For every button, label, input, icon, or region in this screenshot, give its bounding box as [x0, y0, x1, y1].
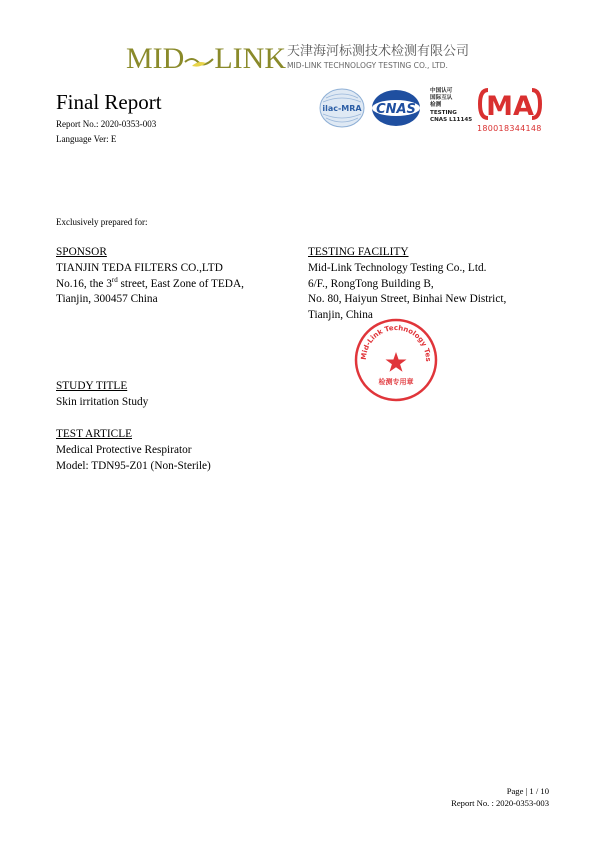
testing-facility-address-line2: No. 80, Haiyun Street, Binhai New Distri…	[308, 292, 506, 308]
page-title: Final Report	[56, 90, 162, 114]
ilac-mra-icon: ilac-MRA	[318, 88, 366, 128]
language-version: Language Ver: E	[56, 134, 116, 145]
logo-brand-left: MID	[126, 42, 184, 75]
svg-text:ilac-MRA: ilac-MRA	[322, 104, 362, 113]
test-article-section: TEST ARTICLE Medical Protective Respirat…	[56, 427, 211, 474]
cnas-icon: CNAS	[370, 88, 422, 128]
sponsor-address-line1: No.16, the 3rd street, East Zone of TEDA…	[56, 277, 244, 293]
address-text: No.16, the 3	[56, 278, 112, 290]
study-section: STUDY TITLE Skin irritation Study	[56, 379, 148, 411]
svg-text:MA: MA	[486, 91, 534, 122]
sponsor-address-line2: Tianjin, 300457 China	[56, 292, 244, 308]
testing-facility-address-line1: 6/F., RongTong Building B,	[308, 277, 506, 293]
testing-facility-name: Mid-Link Technology Testing Co., Ltd.	[308, 261, 506, 277]
company-seal-icon: Mid-Link Technology Testing Co.,Ltd. 检测专…	[354, 318, 438, 402]
address-text: street, East Zone of TEDA,	[118, 278, 244, 290]
company-logo: MIDLINK	[126, 44, 286, 74]
page-number: Page | 1 / 10	[507, 786, 549, 797]
company-name-english: MID-LINK TECHNOLOGY TESTING CO., LTD.	[287, 61, 448, 70]
sponsor-section: SPONSOR TIANJIN TEDA FILTERS CO.,LTD No.…	[56, 245, 244, 308]
sponsor-name: TIANJIN TEDA FILTERS CO.,LTD	[56, 261, 244, 277]
testing-facility-section: TESTING FACILITY Mid-Link Technology Tes…	[308, 245, 506, 324]
svg-text:CNAS: CNAS	[376, 102, 416, 117]
test-article-line2: Model: TDN95-Z01 (Non-Sterile)	[56, 459, 211, 475]
cnas-line: TESTING	[430, 110, 472, 117]
report-number: Report No.: 2020-0353-003	[56, 119, 156, 130]
cnas-line: 检测	[430, 102, 472, 109]
sponsor-heading: SPONSOR	[56, 245, 244, 261]
footer-report-number: Report No. : 2020-0353-003	[451, 798, 549, 809]
cnas-line: CNAS L11145	[430, 117, 472, 124]
testing-facility-heading: TESTING FACILITY	[308, 245, 506, 261]
svg-text:检测专用章: 检测专用章	[379, 377, 414, 386]
svg-text:Mid-Link Technology Testing Co: Mid-Link Technology Testing Co.,Ltd.	[354, 318, 432, 362]
prepared-for-label: Exclusively prepared for:	[56, 217, 147, 228]
cma-icon: MA	[478, 86, 542, 122]
test-article-heading: TEST ARTICLE	[56, 427, 211, 443]
logo-brand-right: LINK	[214, 42, 286, 75]
cma-number: 180018344148	[477, 124, 542, 133]
cnas-accreditation-text: 中国认可 国际互认 检测 TESTING CNAS L11145	[430, 88, 472, 124]
logo-swoosh-icon	[184, 54, 214, 68]
company-name-chinese: 天津海河标测技术检测有限公司	[287, 44, 469, 59]
study-title-heading: STUDY TITLE	[56, 379, 148, 395]
test-article-line1: Medical Protective Respirator	[56, 443, 211, 459]
study-title-value: Skin irritation Study	[56, 395, 148, 411]
star-icon	[386, 352, 407, 372]
